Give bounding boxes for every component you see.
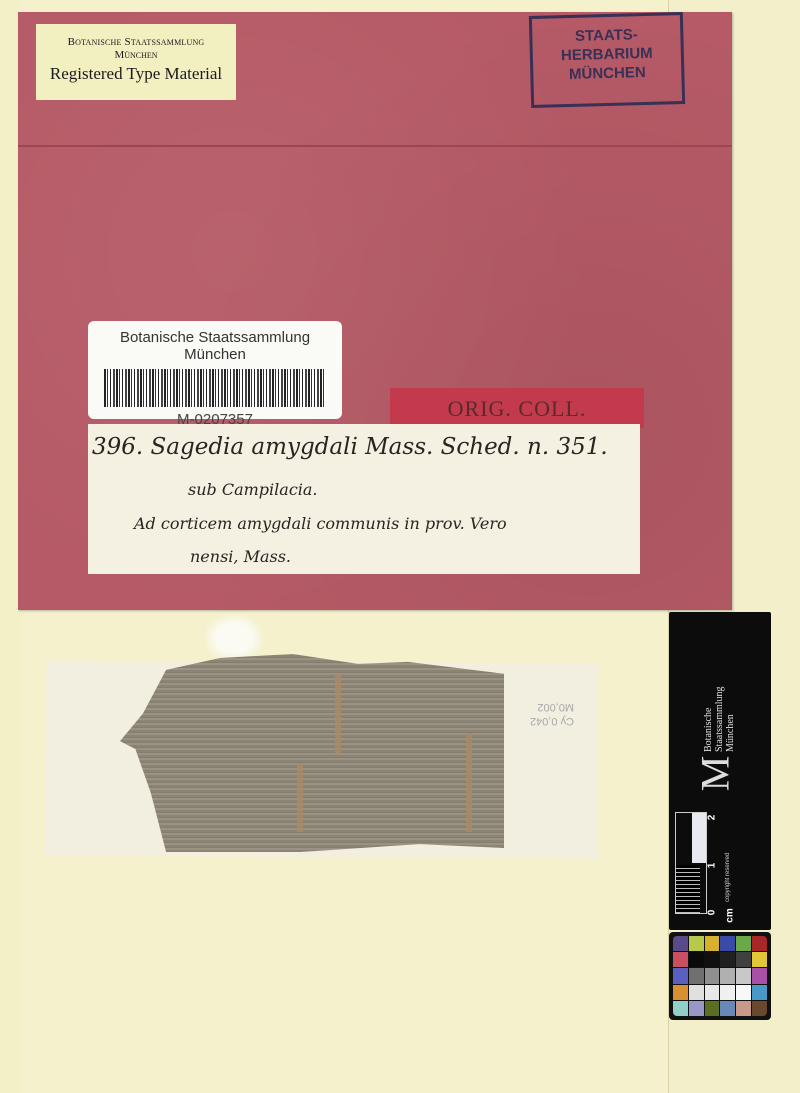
- color-swatch: [705, 1001, 720, 1016]
- cm-scale-bar: [675, 812, 707, 914]
- color-swatch: [705, 968, 720, 983]
- tick-2: 2: [706, 815, 717, 821]
- color-swatch: [689, 968, 704, 983]
- color-swatch: [752, 936, 767, 951]
- leaf-logo-icon: M: [691, 756, 738, 792]
- color-swatch: [720, 952, 735, 967]
- color-swatch: [705, 952, 720, 967]
- herbarium-stamp: STAATS- HERBARIUM MÜNCHEN: [529, 12, 685, 108]
- color-swatch-grid: [673, 936, 767, 1016]
- color-swatch: [689, 1001, 704, 1016]
- stamp-line-3: MÜNCHEN: [533, 62, 681, 85]
- specimen-envelope: Botanische Staatssammlung München Regist…: [18, 12, 732, 610]
- color-swatch: [736, 968, 751, 983]
- bark-streak: [335, 674, 341, 753]
- brand-line-3: München: [725, 686, 736, 752]
- color-swatch: [720, 985, 735, 1000]
- color-swatch: [752, 985, 767, 1000]
- color-swatch: [705, 985, 720, 1000]
- pencil-note-line-1: M0,002: [530, 700, 574, 714]
- envelope-flap-fold: [18, 145, 732, 147]
- orig-coll-label: ORIG. COLL.: [390, 388, 644, 428]
- handwritten-line-2: sub Campilacia.: [188, 480, 318, 499]
- brand-line-1: Botanische: [703, 686, 714, 752]
- color-swatch: [673, 952, 688, 967]
- color-swatch: [752, 1001, 767, 1016]
- color-swatch: [720, 936, 735, 951]
- copyright-notice: copyright reserved: [725, 853, 731, 902]
- scale-mm-ticks: [676, 865, 700, 913]
- pencil-note-line-2: Cy 0,042: [530, 714, 574, 728]
- barcode-label: Botanische Staatssammlung München M-0207…: [88, 321, 342, 419]
- color-swatch: [720, 968, 735, 983]
- bark-streak: [466, 733, 472, 832]
- type-label-title: Registered Type Material: [36, 64, 236, 84]
- bark-specimen: [120, 654, 504, 852]
- handwritten-line-1: 396. Sagedia amygdali Mass. Sched. n. 35…: [92, 434, 608, 460]
- color-swatch: [705, 936, 720, 951]
- color-swatch: [752, 968, 767, 983]
- color-swatch: [720, 1001, 735, 1016]
- type-label-institution: Botanische Staatssammlung: [36, 36, 236, 48]
- handwritten-label: 396. Sagedia amygdali Mass. Sched. n. 35…: [88, 424, 640, 574]
- color-swatch: [689, 936, 704, 951]
- color-swatch: [736, 985, 751, 1000]
- color-swatch: [752, 952, 767, 967]
- tick-1: 1: [706, 863, 717, 869]
- cotton-tuft: [203, 613, 265, 663]
- scale-white-block: [692, 813, 706, 863]
- color-swatch: [736, 1001, 751, 1016]
- color-swatch: [689, 952, 704, 967]
- handwritten-line-4: nensi, Mass.: [190, 547, 291, 566]
- barcode-institution: Botanische Staatssammlung München: [88, 329, 342, 363]
- handwritten-line-3: Ad corticem amygdali communis in prov. V…: [134, 514, 507, 533]
- pencil-annotation: Cy 0,042 M0,002: [530, 700, 574, 728]
- color-swatch: [673, 1001, 688, 1016]
- barcode-icon: [104, 369, 326, 407]
- type-label-city: München: [36, 49, 236, 61]
- color-swatch: [689, 985, 704, 1000]
- color-swatch: [673, 968, 688, 983]
- registered-type-label: Botanische Staatssammlung München Regist…: [36, 24, 236, 100]
- ruler-brand: Botanische Staatssammlung München: [703, 686, 736, 752]
- color-swatch: [736, 936, 751, 951]
- unit-label: cm: [725, 908, 736, 922]
- scale-ruler: M Botanische Staatssammlung München 2 1 …: [669, 612, 771, 930]
- color-swatch: [673, 936, 688, 951]
- brand-line-2: Staatssammlung: [714, 686, 725, 752]
- color-swatch: [736, 952, 751, 967]
- tick-0: 0: [706, 910, 717, 916]
- bark-streak: [297, 763, 303, 832]
- color-calibration-chart: [669, 932, 771, 1020]
- color-swatch: [673, 985, 688, 1000]
